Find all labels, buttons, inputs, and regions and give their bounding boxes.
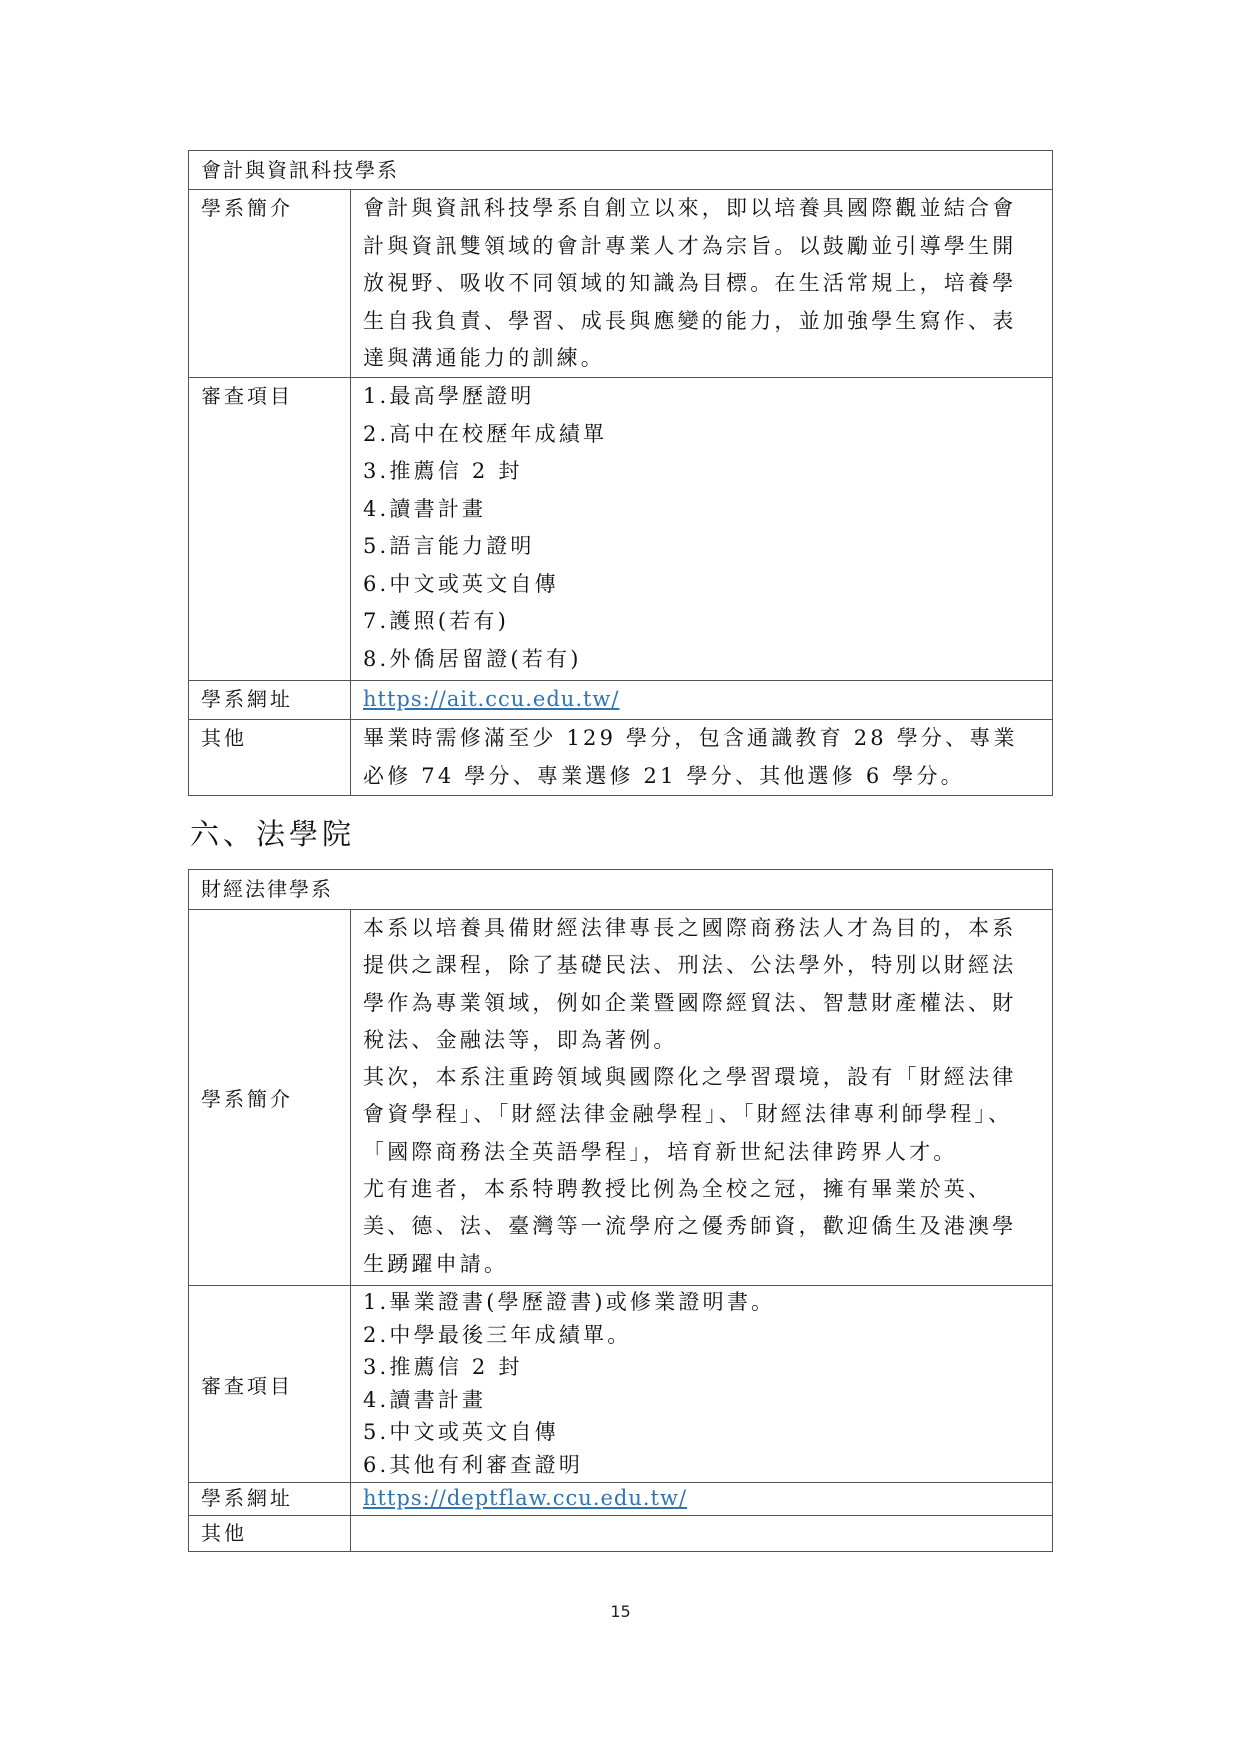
row-label-other: 其他 [189, 1516, 351, 1551]
department-name: 會計與資訊科技學系 [189, 151, 399, 189]
table-row-other: 其他 [189, 1515, 1052, 1551]
row-label-intro: 學系簡介 [189, 910, 351, 1285]
department-website-link[interactable]: https://ait.ccu.edu.tw/ [363, 687, 619, 711]
row-label-review: 審查項目 [189, 1286, 351, 1482]
table-header-row: 會計與資訊科技學系 [189, 151, 1052, 189]
row-label-website: 學系網址 [189, 1483, 351, 1515]
review-item: 4.讀書計畫 [363, 1384, 1038, 1417]
review-item: 5.中文或英文自傳 [363, 1416, 1038, 1449]
review-item: 2.高中在校歷年成績單 [363, 416, 1038, 454]
review-item: 2.中學最後三年成績單。 [363, 1319, 1038, 1352]
other-text: 畢業時需修滿至少 129 學分，包含通識教育 28 學分、專業必修 74 學分、… [351, 720, 1052, 795]
other-text [351, 1516, 1052, 1551]
table-row-intro: 學系簡介 會計與資訊科技學系自創立以來，即以培養具國際觀並結合會計與資訊雙領域的… [189, 189, 1052, 377]
website-cell: https://deptflaw.ccu.edu.tw/ [351, 1483, 1052, 1515]
intro-paragraph: 其次，本系注重跨領域與國際化之學習環境，設有「財經法律會資學程」、「財經法律金融… [363, 1059, 1038, 1171]
page-number: 15 [0, 1602, 1241, 1621]
table-row-other: 其他 畢業時需修滿至少 129 學分，包含通識教育 28 學分、專業必修 74 … [189, 719, 1052, 795]
website-cell: https://ait.ccu.edu.tw/ [351, 681, 1052, 719]
review-item: 1.最高學歷證明 [363, 378, 1038, 416]
review-items: 1.畢業證書(學歷證書)或修業證明書。 2.中學最後三年成績單。 3.推薦信 2… [351, 1286, 1052, 1482]
row-label-website: 學系網址 [189, 681, 351, 719]
department-website-link[interactable]: https://deptflaw.ccu.edu.tw/ [363, 1486, 687, 1510]
table-row-intro: 學系簡介 本系以培養具備財經法律專長之國際商務法人才為目的，本系提供之課程，除了… [189, 909, 1052, 1285]
section-heading: 六、法學院 [190, 812, 355, 853]
review-item: 1.畢業證書(學歷證書)或修業證明書。 [363, 1286, 1038, 1319]
intro-text: 會計與資訊科技學系自創立以來，即以培養具國際觀並結合會計與資訊雙領域的會計專業人… [351, 190, 1052, 377]
intro-text: 本系以培養具備財經法律專長之國際商務法人才為目的，本系提供之課程，除了基礎民法、… [351, 910, 1052, 1285]
review-item: 8.外僑居留證(若有) [363, 641, 1038, 679]
intro-paragraph: 本系以培養具備財經法律專長之國際商務法人才為目的，本系提供之課程，除了基礎民法、… [363, 910, 1038, 1059]
department-table-accounting: 會計與資訊科技學系 學系簡介 會計與資訊科技學系自創立以來，即以培養具國際觀並結… [188, 150, 1053, 796]
review-item: 4.讀書計畫 [363, 491, 1038, 529]
row-label-other: 其他 [189, 720, 351, 795]
department-name: 財經法律學系 [189, 870, 333, 909]
row-label-review: 審查項目 [189, 378, 351, 680]
review-item: 3.推薦信 2 封 [363, 453, 1038, 491]
table-header-row: 財經法律學系 [189, 870, 1052, 909]
table-row-review: 審查項目 1.畢業證書(學歷證書)或修業證明書。 2.中學最後三年成績單。 3.… [189, 1285, 1052, 1482]
review-items: 1.最高學歷證明 2.高中在校歷年成績單 3.推薦信 2 封 4.讀書計畫 5.… [351, 378, 1052, 680]
review-item: 6.其他有利審查證明 [363, 1449, 1038, 1482]
review-item: 7.護照(若有) [363, 603, 1038, 641]
row-label-intro: 學系簡介 [189, 190, 351, 377]
department-table-law: 財經法律學系 學系簡介 本系以培養具備財經法律專長之國際商務法人才為目的，本系提… [188, 869, 1053, 1552]
table-row-website: 學系網址 https://ait.ccu.edu.tw/ [189, 680, 1052, 719]
review-item: 5.語言能力證明 [363, 528, 1038, 566]
table-row-website: 學系網址 https://deptflaw.ccu.edu.tw/ [189, 1482, 1052, 1515]
table-row-review: 審查項目 1.最高學歷證明 2.高中在校歷年成績單 3.推薦信 2 封 4.讀書… [189, 377, 1052, 680]
intro-paragraph: 會計與資訊科技學系自創立以來，即以培養具國際觀並結合會計與資訊雙領域的會計專業人… [363, 190, 1038, 378]
intro-paragraph: 尤有進者，本系特聘教授比例為全校之冠，擁有畢業於英、美、德、法、臺灣等一流學府之… [363, 1171, 1038, 1283]
review-item: 3.推薦信 2 封 [363, 1351, 1038, 1384]
review-item: 6.中文或英文自傳 [363, 566, 1038, 604]
